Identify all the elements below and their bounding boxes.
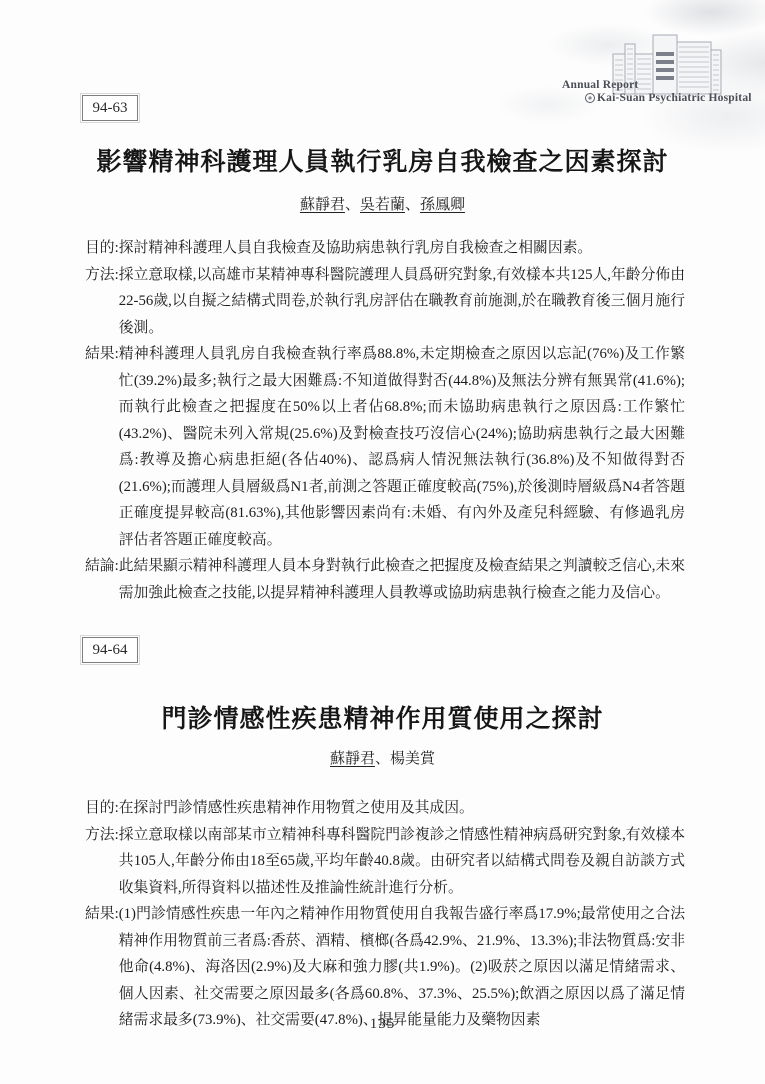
abstract-section-method: 方法: 採立意取樣,以高雄市某精神專科醫院護理人員爲研究對象,有效樣本共125人… [85, 262, 685, 342]
author-name: 孫鳳卿 [420, 197, 465, 213]
abstract-section-conclusion: 結論: 此結果顯示精神科護理人員本身對執行此檢查之把握度及檢查結果之判讀較乏信心… [85, 553, 685, 606]
article-authors: 蘇靜君、楊美賞 [0, 747, 765, 768]
author-separator: 、 [405, 197, 420, 213]
section-text: 採立意取樣,以高雄市某精神專科醫院護理人員爲研究對象,有效樣本共125人,年齡分… [119, 262, 685, 342]
article-authors: 蘇靜君、吳若蘭、孫鳳卿 [0, 193, 765, 214]
page-number: 135 [0, 1016, 765, 1033]
author-separator: 、 [345, 197, 360, 213]
article-number-badge: 94-64 [82, 637, 138, 663]
section-label: 結果: [85, 901, 119, 1034]
section-text: 探討精神科護理人員自我檢查及協助病患執行乳房自我檢查之相關因素。 [119, 235, 685, 262]
abstract-section-method: 方法: 採立意取樣以南部某市立精神科專科醫院門診複診之情感性精神病爲研究對象,有… [85, 822, 685, 902]
abstract-section-results: 結果: 精神科護理人員乳房自我檢查執行率爲88.8%,未定期檢查之原因以忘記(7… [85, 341, 685, 553]
hospital-name-label: Kai-Suan Psychiatric Hospital [597, 92, 752, 105]
section-label: 方法: [85, 262, 119, 342]
section-label: 方法: [85, 822, 119, 902]
document-page: Annual Report Kai-Suan Psychiatric Hospi… [0, 0, 765, 1084]
abstract-section-purpose: 目的: 在探討門診情感性疾患精神作用物質之使用及其成因。 [85, 795, 685, 822]
abstract-section-purpose: 目的: 探討精神科護理人員自我檢查及協助病患執行乳房自我檢查之相關因素。 [85, 235, 685, 262]
annual-report-label: Annual Report [562, 79, 752, 92]
section-text: 精神科護理人員乳房自我檢查執行率爲88.8%,未定期檢查之原因以忘記(76%)及… [119, 341, 685, 553]
section-text: 此結果顯示精神科護理人員本身對執行此檢查之把握度及檢查結果之判讀較乏信心,未來需… [119, 553, 685, 606]
section-label: 目的: [85, 235, 119, 262]
abstract: 目的: 探討精神科護理人員自我檢查及協助病患執行乳房自我檢查之相關因素。 方法:… [85, 235, 685, 606]
article-title: 門診情感性疾患精神作用質使用之探討 [0, 699, 765, 735]
section-text: 採立意取樣以南部某市立精神科專科醫院門診複診之情感性精神病爲研究對象,有效樣本共… [119, 822, 685, 902]
article-title: 影響精神科護理人員執行乳房自我檢查之因素探討 [0, 142, 765, 178]
section-label: 結論: [85, 553, 119, 606]
hospital-emblem-icon [585, 93, 595, 103]
section-text: (1)門診情感性疾患一年內之精神作用物質使用自我報告盛行率爲17.9%;最常使用… [119, 901, 685, 1034]
author-separator: 、 [375, 751, 390, 767]
author-name: 蘇靜君 [300, 197, 345, 213]
author-name: 楊美賞 [390, 751, 435, 767]
abstract-section-results: 結果: (1)門診情感性疾患一年內之精神作用物質使用自我報告盛行率爲17.9%;… [85, 901, 685, 1034]
article-number-badge: 94-63 [82, 95, 138, 121]
section-label: 結果: [85, 341, 119, 553]
section-text: 在探討門診情感性疾患精神作用物質之使用及其成因。 [119, 795, 685, 822]
abstract: 目的: 在探討門診情感性疾患精神作用物質之使用及其成因。 方法: 採立意取樣以南… [85, 795, 685, 1034]
author-name: 蘇靜君 [330, 751, 375, 767]
author-name: 吳若蘭 [360, 197, 405, 213]
report-brand: Annual Report Kai-Suan Psychiatric Hospi… [562, 79, 752, 104]
section-label: 目的: [85, 795, 119, 822]
